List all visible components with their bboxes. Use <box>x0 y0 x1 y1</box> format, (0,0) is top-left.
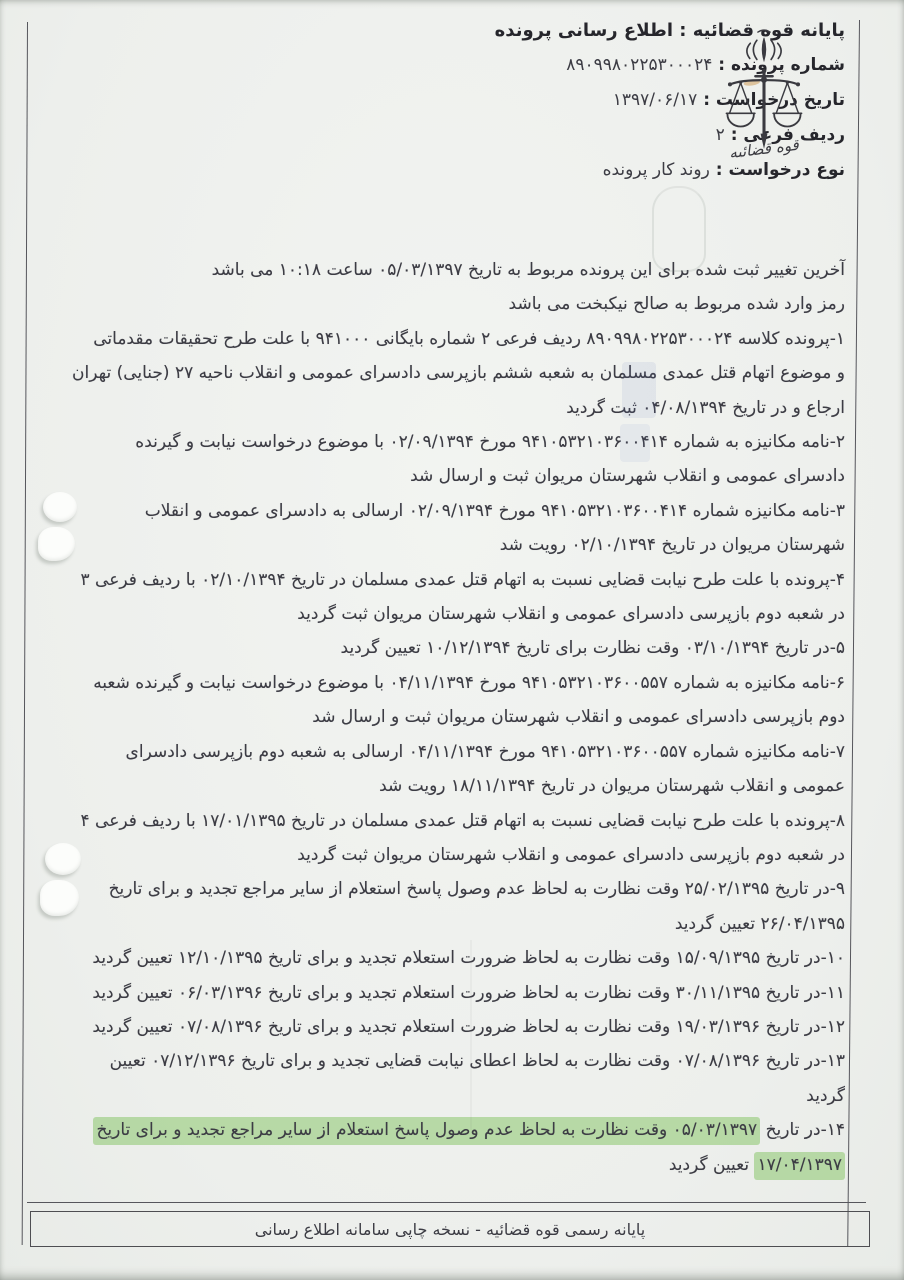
document-line: دادسرای عمومی و انقلاب شهرستان مریوان ثب… <box>72 459 845 493</box>
document-line: ۹-در تاریخ ۲۵/۰۲/۱۳۹۵ وقت نظارت به لحاظ … <box>72 872 845 906</box>
line-segment: ۴-پرونده با علت طرح نیابت قضایی نسبت به … <box>81 570 846 590</box>
line-segment: و موضوع اتهام قتل عمدی مسلمان به شعبه شش… <box>72 363 845 383</box>
document-line: گردید <box>72 1079 845 1113</box>
line-segment: تعیین گردید <box>669 1155 755 1175</box>
document-line: ۱۷/۰۴/۱۳۹۷ تعیین گردید <box>72 1148 845 1182</box>
judiciary-emblem: قوه قضائیه <box>712 26 816 158</box>
document-line: در شعبه دوم بازپرسی دادسرای عمومی و انقل… <box>72 838 845 872</box>
document-line: ۳-نامه مکانیزه شماره ۹۴۱۰۵۳۲۱۰۳۶۰۰۴۱۴ مو… <box>72 494 845 528</box>
scan-artifact <box>45 843 81 875</box>
line-segment: ارجاع و در تاریخ ۰۴/۰۸/۱۳۹۴ ثبت گردید <box>566 398 845 418</box>
document-line: ۱-پرونده کلاسه ۸۹۰۹۹۸۰۲۲۵۳۰۰۰۲۴ ردیف فرع… <box>72 322 845 356</box>
scan-artifact <box>38 527 75 561</box>
document-line: ۴-پرونده با علت طرح نیابت قضایی نسبت به … <box>72 563 845 597</box>
document-line: ۸-پرونده با علت طرح نیابت قضایی نسبت به … <box>72 804 845 838</box>
scan-artifact <box>43 492 77 522</box>
highlighted-segment: ۱۷/۰۴/۱۳۹۷ <box>754 1152 845 1180</box>
line-segment: در شعبه دوم بازپرسی دادسرای عمومی و انقل… <box>297 604 845 624</box>
line-segment: ۵-در تاریخ ۰۳/۱۰/۱۳۹۴ وقت نظارت برای تار… <box>341 638 845 658</box>
line-segment: ۱۱-در تاریخ ۳۰/۱۱/۱۳۹۵ وقت نظارت به لحاظ… <box>92 983 845 1003</box>
document-line: ۲-نامه مکانیزه به شماره ۹۴۱۰۵۳۲۱۰۳۶۰۰۴۱۴… <box>72 425 845 459</box>
line-segment: رمز وارد شده مربوط به صالح نیکبخت می باش… <box>509 294 845 314</box>
meta-line: نوع درخواست : روند کار پرونده <box>495 153 845 188</box>
document-line: ۱۳-در تاریخ ۰۷/۰۸/۱۳۹۶ وقت نظارت به لحاظ… <box>72 1044 845 1078</box>
line-segment: ۶-نامه مکانیزه به شماره ۹۴۱۰۵۳۲۱۰۳۶۰۰۵۵۷… <box>93 673 845 693</box>
scan-artifact <box>470 940 472 1130</box>
line-segment: ۱۴-در تاریخ <box>760 1120 845 1140</box>
scan-artifact <box>620 424 650 462</box>
line-segment: ۱-پرونده کلاسه ۸۹۰۹۹۸۰۲۲۵۳۰۰۰۲۴ ردیف فرع… <box>93 329 845 349</box>
page-frame-left-rule <box>22 22 28 1245</box>
document-line: و موضوع اتهام قتل عمدی مسلمان به شعبه شش… <box>72 356 845 390</box>
line-segment: ۷-نامه مکانیزه شماره ۹۴۱۰۵۳۲۱۰۳۶۰۰۵۵۷ مو… <box>126 742 845 762</box>
document-line: ۲۶/۰۴/۱۳۹۵ تعیین گردید <box>72 907 845 941</box>
page-frame-right-rule <box>847 20 860 1246</box>
line-segment: ۲-نامه مکانیزه به شماره ۹۴۱۰۵۳۲۱۰۳۶۰۰۴۱۴… <box>135 432 845 452</box>
document-line: ۱۰-در تاریخ ۱۵/۰۹/۱۳۹۵ وقت نظارت به لحاظ… <box>72 941 845 975</box>
line-segment: گردید <box>806 1086 845 1106</box>
scan-artifact <box>652 186 706 272</box>
meta-value: ۸۹۰۹۹۸۰۲۲۵۳۰۰۰۲۴ <box>566 55 712 75</box>
line-segment: ۱۳-در تاریخ ۰۷/۰۸/۱۳۹۶ وقت نظارت به لحاظ… <box>110 1051 845 1071</box>
document-line: آخرین تغییر ثبت شده برای این پرونده مربو… <box>72 253 845 287</box>
emblem-caption: قوه قضائیه <box>728 136 800 158</box>
document-line: عمومی و انقلاب شهرستان مریوان در تاریخ ۱… <box>72 769 845 803</box>
line-segment: در شعبه دوم بازپرسی دادسرای عمومی و انقل… <box>297 845 845 865</box>
line-segment: دوم بازپرسی دادسرای عمومی و انقلاب شهرست… <box>312 707 845 727</box>
line-segment: ۹-در تاریخ ۲۵/۰۲/۱۳۹۵ وقت نظارت به لحاظ … <box>109 879 845 899</box>
meta-value: روند کار پرونده <box>603 160 710 180</box>
document-line: ۵-در تاریخ ۰۳/۱۰/۱۳۹۴ وقت نظارت برای تار… <box>72 631 845 665</box>
meta-value: ۱۳۹۷/۰۶/۱۷ <box>613 90 698 110</box>
line-segment: آخرین تغییر ثبت شده برای این پرونده مربو… <box>212 260 845 280</box>
line-segment: ۲۶/۰۴/۱۳۹۵ تعیین گردید <box>675 914 845 934</box>
footer-text: پایانه رسمی قوه قضائیه - نسخه چاپی سامان… <box>255 1220 646 1239</box>
meta-label: نوع درخواست : <box>710 160 845 180</box>
document-line: ۱۱-در تاریخ ۳۰/۱۱/۱۳۹۵ وقت نظارت به لحاظ… <box>72 976 845 1010</box>
line-segment: دادسرای عمومی و انقلاب شهرستان مریوان ثب… <box>410 466 845 486</box>
document-line: ۶-نامه مکانیزه به شماره ۹۴۱۰۵۳۲۱۰۳۶۰۰۵۵۷… <box>72 666 845 700</box>
document-line: ۷-نامه مکانیزه شماره ۹۴۱۰۵۳۲۱۰۳۶۰۰۵۵۷ مو… <box>72 735 845 769</box>
document-line: شهرستان مریوان در تاریخ ۰۲/۱۰/۱۳۹۴ رویت … <box>72 528 845 562</box>
scales-of-justice-icon: قوه قضائیه <box>712 26 816 158</box>
document-line: ۱۴-در تاریخ ۰۵/۰۳/۱۳۹۷ وقت نظارت به لحاظ… <box>72 1113 845 1147</box>
line-segment: عمومی و انقلاب شهرستان مریوان در تاریخ ۱… <box>379 776 845 796</box>
line-segment: ۳-نامه مکانیزه شماره ۹۴۱۰۵۳۲۱۰۳۶۰۰۴۱۴ مو… <box>145 501 845 521</box>
line-segment: ۱۲-در تاریخ ۱۹/۰۳/۱۳۹۶ وقت نظارت به لحاظ… <box>92 1017 845 1037</box>
highlighted-segment: ۰۵/۰۳/۱۳۹۷ وقت نظارت به لحاظ عدم وصول پا… <box>93 1117 760 1145</box>
document-line: در شعبه دوم بازپرسی دادسرای عمومی و انقل… <box>72 597 845 631</box>
line-segment: ۸-پرونده با علت طرح نیابت قضایی نسبت به … <box>81 811 846 831</box>
line-segment: شهرستان مریوان در تاریخ ۰۲/۱۰/۱۳۹۴ رویت … <box>500 535 845 555</box>
document-line: ارجاع و در تاریخ ۰۴/۰۸/۱۳۹۴ ثبت گردید <box>72 391 845 425</box>
document-line: رمز وارد شده مربوط به صالح نیکبخت می باش… <box>72 287 845 321</box>
scanned-document-page: پایانه قوه قضائیه : اطلاع رسانی پرونده ش… <box>0 0 904 1280</box>
footer-divider <box>27 1202 866 1203</box>
document-line: ۱۲-در تاریخ ۱۹/۰۳/۱۳۹۶ وقت نظارت به لحاظ… <box>72 1010 845 1044</box>
document-body-text: آخرین تغییر ثبت شده برای این پرونده مربو… <box>72 253 845 1182</box>
line-segment: ۱۰-در تاریخ ۱۵/۰۹/۱۳۹۵ وقت نظارت به لحاظ… <box>92 948 845 968</box>
document-footer: پایانه رسمی قوه قضائیه - نسخه چاپی سامان… <box>30 1211 870 1247</box>
document-line: دوم بازپرسی دادسرای عمومی و انقلاب شهرست… <box>72 700 845 734</box>
scan-artifact <box>622 362 656 418</box>
